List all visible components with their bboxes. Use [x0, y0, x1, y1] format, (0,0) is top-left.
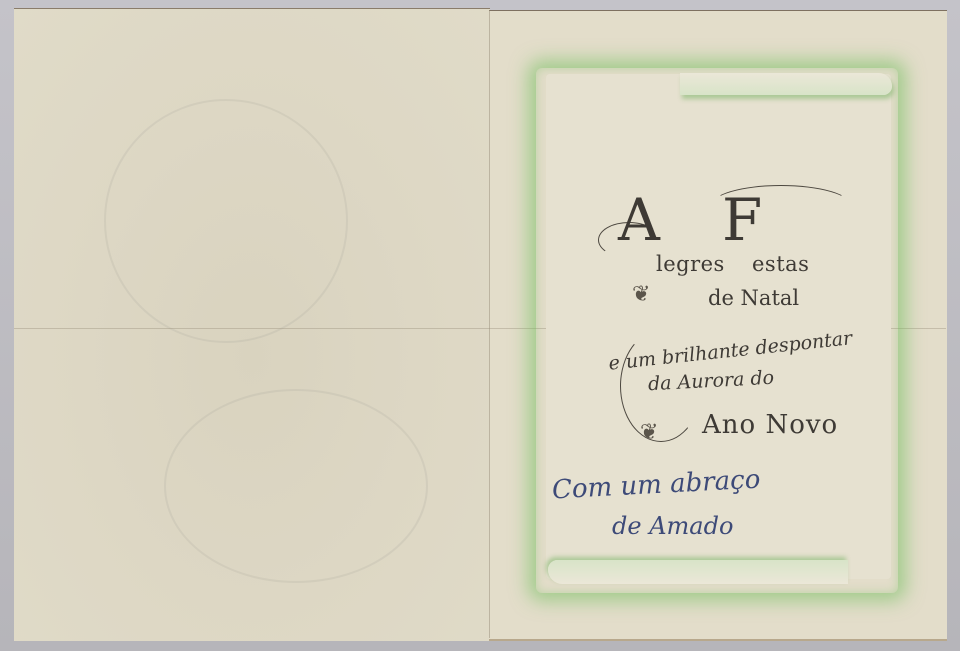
greeting-de-natal: de Natal — [708, 286, 799, 310]
show-through-shape — [164, 389, 428, 583]
scroll-top-curl — [680, 73, 892, 95]
scroll-bottom-curl — [548, 560, 848, 584]
parchment-scroll — [546, 74, 891, 579]
greeting-word-festas: estas — [752, 252, 809, 276]
greeting-initial-f: F — [722, 186, 762, 254]
holly-icon: ❦ — [632, 282, 650, 307]
greeting-word-alegres: legres — [656, 252, 725, 276]
greeting-ano-novo: Ano Novo — [702, 410, 838, 440]
vertical-fold-crease — [489, 10, 490, 638]
handwritten-signature: de Amado — [612, 512, 733, 540]
show-through-shape — [104, 99, 348, 343]
greeting-initial-a: A — [618, 186, 660, 254]
card-back-panel — [14, 8, 490, 641]
holly-icon: ❦ — [640, 420, 658, 445]
